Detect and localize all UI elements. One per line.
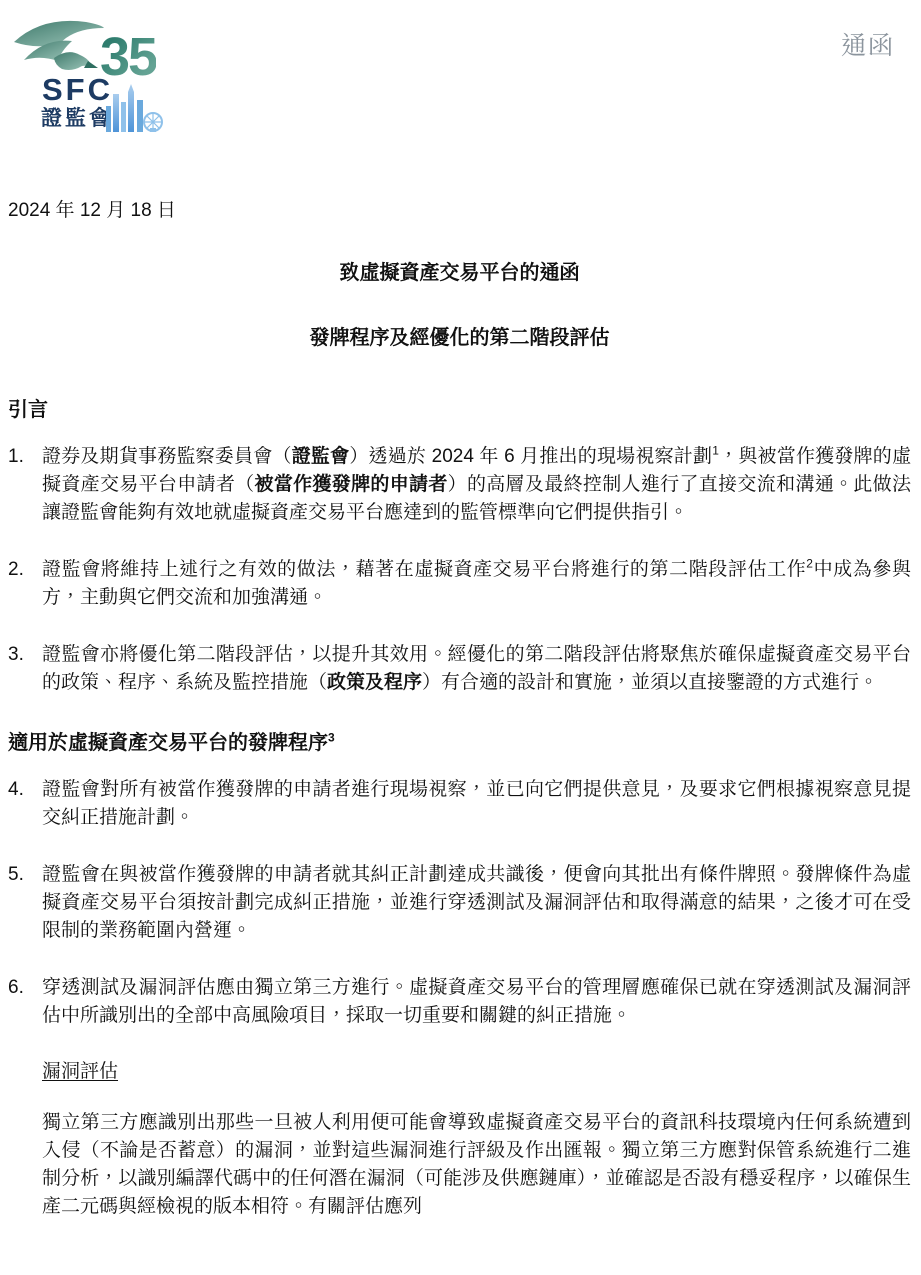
list-item-text: 證監會在與被當作獲發牌的申請者就其糾正計劃達成共識後，便會向其批出有條件牌照。發…: [42, 861, 911, 945]
text-segment: ）透過於 2024 年 6 月推出的現場視察計劃: [349, 446, 712, 467]
list-item-5: 5. 證監會在與被當作獲發牌的申請者就其糾正計劃達成共識後，便會向其批出有條件牌…: [8, 861, 911, 945]
document-page: 35 SFC 證監會 通函 2024 年: [0, 0, 921, 1221]
list-item-text: 證監會對所有被當作獲發牌的申請者進行現場視察，並已向它們提供意見，及要求它們根據…: [42, 776, 911, 832]
list-number: 5.: [8, 861, 42, 945]
list-item-text: 證監會將維持上述行之有效的做法，藉著在虛擬資產交易平台將進行的第二階段評估工作2…: [42, 556, 911, 612]
logo-sfc-text: SFC: [42, 74, 113, 105]
footnote-ref-3: 3: [328, 730, 335, 744]
footnote-ref-1: 1: [712, 444, 719, 458]
list-number: 2.: [8, 556, 42, 612]
list-item-text: 證監會亦將優化第二階段評估，以提升其效用。經優化的第二階段評估將聚焦於確保虛擬資…: [42, 641, 911, 697]
list-item-3: 3. 證監會亦將優化第二階段評估，以提升其效用。經優化的第二階段評估將聚焦於確保…: [8, 641, 911, 697]
list-number: 1.: [8, 443, 42, 527]
list-item-2: 2. 證監會將維持上述行之有效的做法，藉著在虛擬資產交易平台將進行的第二階段評估…: [8, 556, 911, 612]
hk-skyline-icon: [106, 84, 164, 132]
list-number: 4.: [8, 776, 42, 832]
bold-term-sfc: 證監會: [292, 446, 350, 467]
list-item-text: 證券及期貨事務監察委員會（證監會）透過於 2024 年 6 月推出的現場視察計劃…: [42, 443, 911, 527]
footnote-ref-2: 2: [806, 557, 813, 571]
logo-chinese-text: 證監會: [41, 108, 113, 129]
text-segment: ）有合適的設計和實施，並須以直接鑒證的方式進行。: [422, 672, 878, 693]
section-heading-licensing: 適用於虛擬資產交易平台的發牌程序3: [8, 726, 911, 755]
document-date: 2024 年 12 月 18 日: [8, 195, 911, 222]
list-item-4: 4. 證監會對所有被當作獲發牌的申請者進行現場視察，並已向它們提供意見，及要求它…: [8, 776, 911, 832]
list-number: 3.: [8, 641, 42, 697]
doc-type-label: 通函: [841, 26, 895, 62]
list-item-text: 穿透測試及漏洞評估應由獨立第三方進行。虛擬資產交易平台的管理層應確保已就在穿透測…: [42, 974, 911, 1030]
sfc-logo: 35 SFC 證監會: [14, 12, 174, 132]
section-heading-intro: 引言: [8, 393, 911, 422]
list-item-6: 6. 穿透測試及漏洞評估應由獨立第三方進行。虛擬資產交易平台的管理層應確保已就在…: [8, 974, 911, 1030]
document-subtitle: 發牌程序及經優化的第二階段評估: [8, 321, 911, 350]
heading-text: 適用於虛擬資產交易平台的發牌程序: [8, 732, 328, 754]
document-header: 35 SFC 證監會 通函: [8, 0, 911, 135]
subsection-heading-vulnerability-assessment: 漏洞評估: [42, 1056, 911, 1083]
vulnerability-assessment-paragraph: 獨立第三方應識別出那些一旦被人利用便可能會導致虛擬資產交易平台的資訊科技環境內任…: [42, 1109, 911, 1221]
bold-term-policies-procedures: 政策及程序: [327, 672, 422, 693]
bold-term-deemed-applicants: 被當作獲發牌的申請者: [255, 474, 448, 495]
document-title: 致虛擬資產交易平台的通函: [8, 256, 911, 285]
list-item-1: 1. 證券及期貨事務監察委員會（證監會）透過於 2024 年 6 月推出的現場視…: [8, 443, 911, 527]
list-number: 6.: [8, 974, 42, 1030]
text-segment: 證券及期貨事務監察委員會（: [42, 446, 292, 467]
text-segment: 證監會將維持上述行之有效的做法，藉著在虛擬資產交易平台將進行的第二階段評估工作: [42, 559, 806, 580]
eagle-icon: [14, 14, 106, 76]
